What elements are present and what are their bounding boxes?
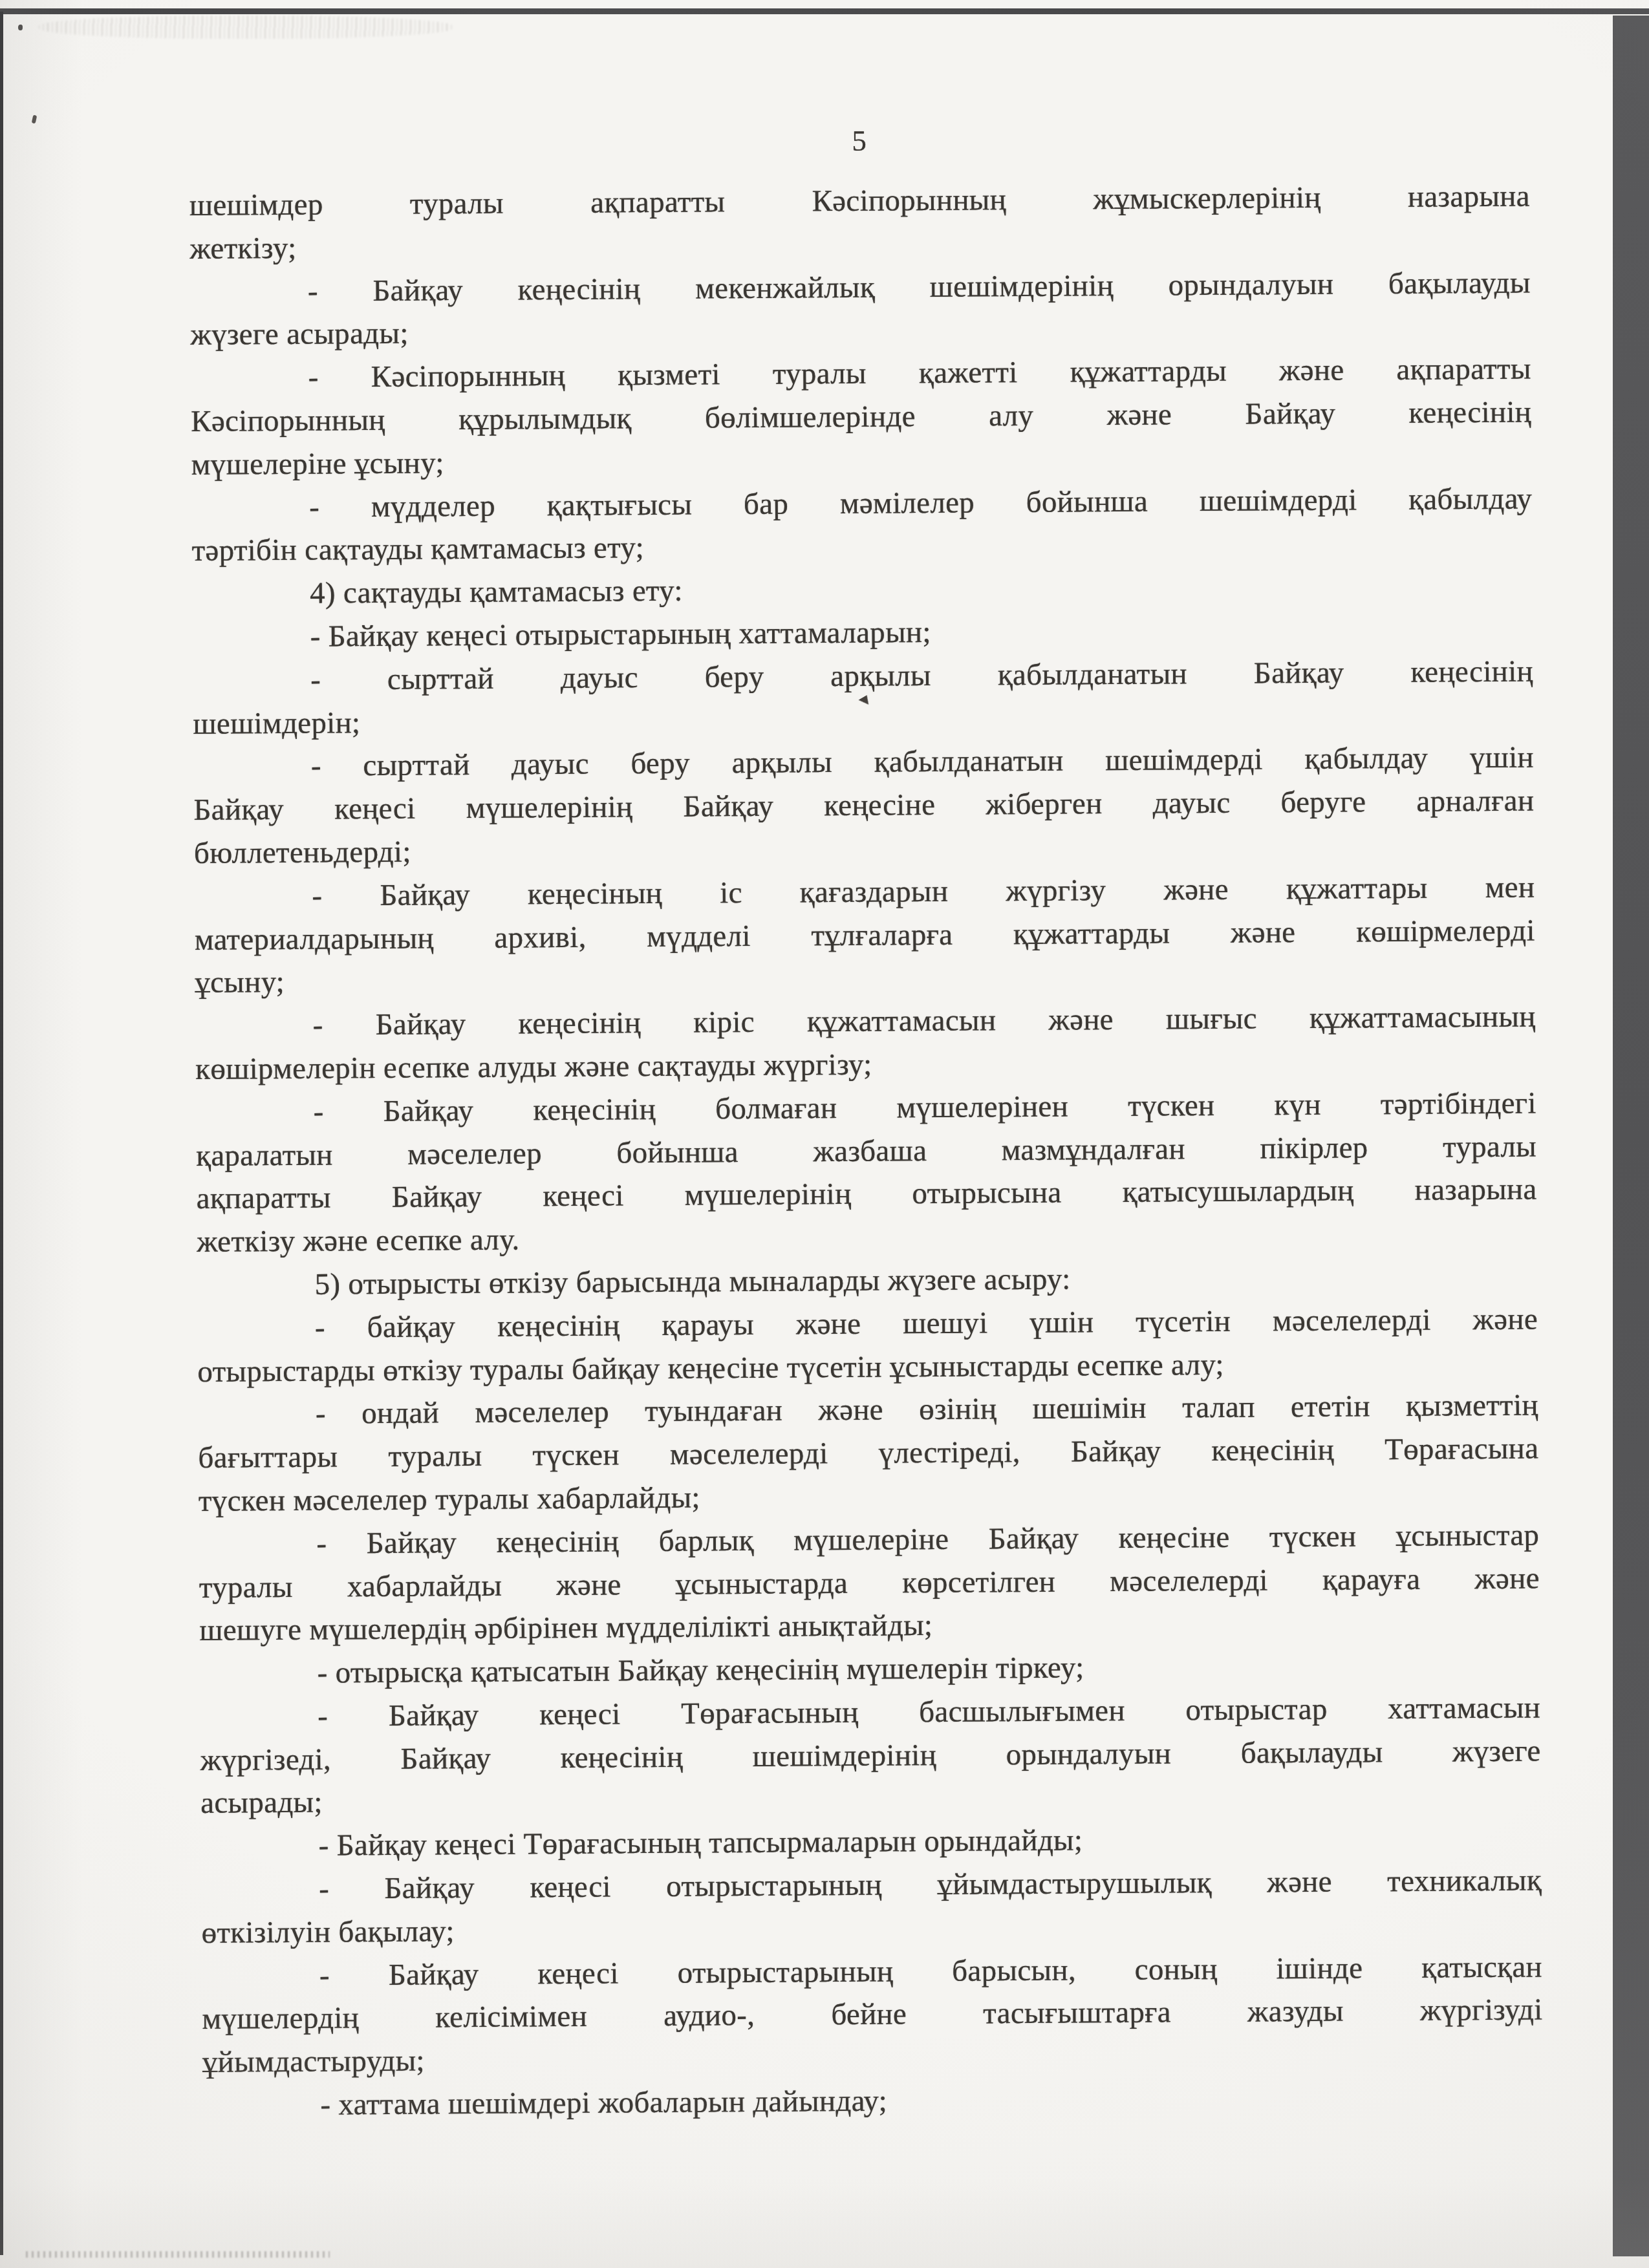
page-number: 5 bbox=[189, 114, 1529, 168]
paragraph: - хаттама шешімдері жобаларын дайындау; bbox=[202, 2075, 1543, 2128]
paragraph: шешімдер туралы ақпаратты Кәсіпорынның ж… bbox=[189, 175, 1531, 271]
paragraph: - Байқау кеңесі Төрағасының басшылығымен… bbox=[200, 1686, 1541, 1825]
paragraph: - Байқау кеңесінің кіріс құжаттамасын жә… bbox=[195, 996, 1536, 1091]
scan-noise-top bbox=[39, 16, 453, 39]
scan-noise-bottom bbox=[26, 2251, 330, 2258]
paragraph: - сырттай дауыс беру арқылы қабылданатын… bbox=[193, 736, 1535, 875]
paragraph: - ондай мәселелер туындаған және өзінің … bbox=[198, 1384, 1539, 1523]
ink-speck bbox=[32, 115, 38, 124]
paragraph: - Байқау кеңесіның іс қағаздарын жүргізу… bbox=[194, 866, 1535, 1005]
paragraph: - Байқау кеңесінің болмаған мүшелерінен … bbox=[195, 1082, 1537, 1264]
document-line: - хаттама шешімдері жобаларын дайындау; bbox=[202, 2075, 1543, 2128]
scan-edge-top bbox=[0, 8, 1649, 14]
paragraph: - сырттай дауыс беру арқылы қабылданатын… bbox=[193, 650, 1534, 745]
paragraph: - Байқау кеңесі отырыстарының барысын, с… bbox=[202, 1945, 1543, 2084]
paragraph: - мүдделер қақтығысы бар мәмілелер бойын… bbox=[191, 477, 1533, 573]
paragraph: - Байқау кеңесінің барлық мүшелеріне Бай… bbox=[199, 1514, 1540, 1653]
paragraph: - байқау кеңесінің қарауы және шешуі үші… bbox=[197, 1298, 1538, 1393]
paragraph: - Кәсіпорынның қызметі туралы қажетті құ… bbox=[191, 348, 1532, 487]
ink-speck bbox=[18, 25, 23, 30]
document-text: 5 шешімдер туралы ақпаратты Кәсіпорынның… bbox=[189, 114, 1544, 2128]
paragraphs: шешімдер туралы ақпаратты Кәсіпорынның ж… bbox=[189, 175, 1544, 2128]
paragraph: - Байқау кеңесі отырыстарының ұйымдастыр… bbox=[201, 1859, 1542, 1955]
paragraph: - Байқау кеңесінің мекенжайлық шешімдері… bbox=[190, 261, 1531, 357]
scan-edge-right bbox=[1613, 16, 1649, 2256]
scan-edge-left bbox=[0, 12, 3, 2255]
